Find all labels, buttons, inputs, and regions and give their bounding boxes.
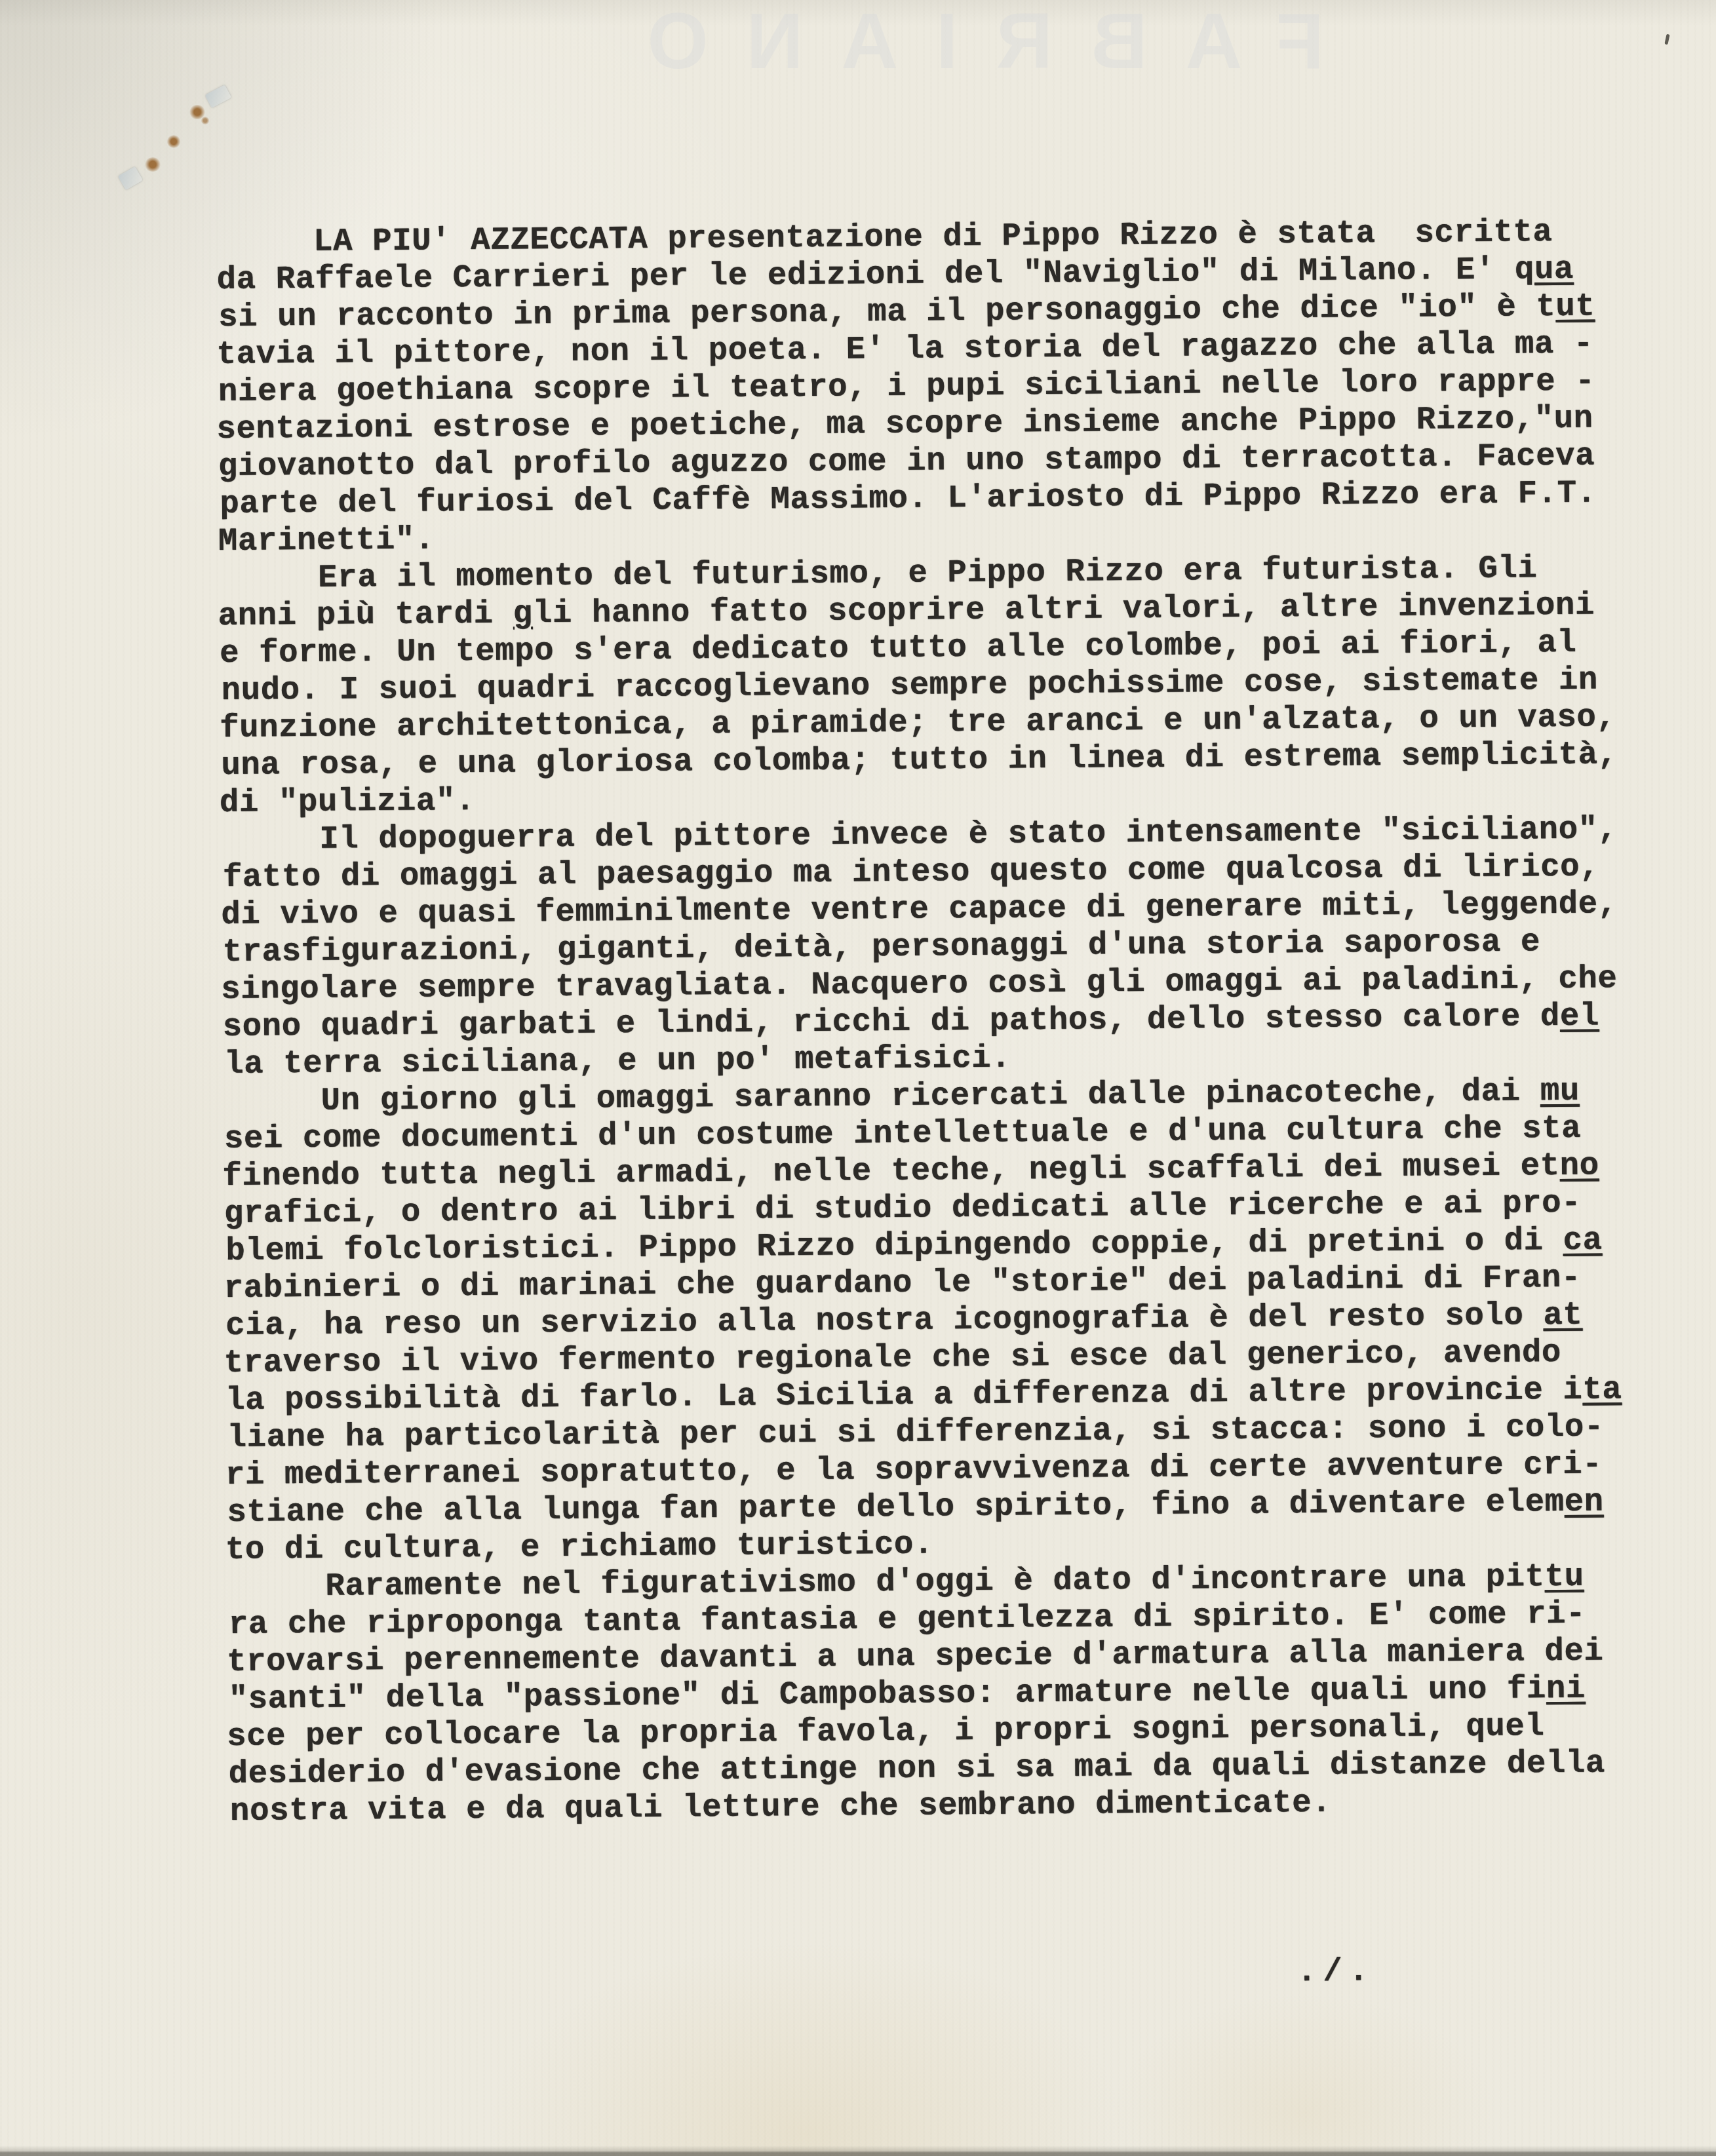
rust-dot xyxy=(201,117,210,125)
text-segment: to di cultura, e richiamo turistico. xyxy=(225,1526,934,1568)
underlined-text-segment: g xyxy=(513,595,533,632)
paper-watermark: FABRIANO xyxy=(406,0,1324,87)
underlined-text-segment: ta xyxy=(1582,1371,1622,1408)
underlined-text-segment: ua xyxy=(1534,251,1574,288)
text-segment: la terra siciliana, e un po' metafisici. xyxy=(224,1040,1011,1083)
underlined-text-segment: mu xyxy=(1540,1073,1580,1109)
underlined-text-segment: en xyxy=(1564,1483,1603,1520)
underlined-text-segment: tu xyxy=(1544,1558,1584,1595)
scan-bottom-edge xyxy=(0,2146,1716,2156)
underlined-text-segment: ca xyxy=(1563,1222,1602,1258)
underlined-text-segment: ni xyxy=(1546,1670,1586,1707)
rust-dot xyxy=(144,157,161,172)
rust-dot xyxy=(166,135,181,148)
scanned-document-page: FABRIANO ./. LA PIU' AZZECCATA presentaz… xyxy=(0,0,1716,2156)
underlined-text-segment: el xyxy=(1560,997,1599,1034)
text-segment: di "pulizia". xyxy=(220,782,475,821)
text-segment: nostra vita e da quali letture che sembr… xyxy=(230,1784,1332,1830)
underlined-text-segment: no xyxy=(1559,1147,1599,1184)
page-continuation-mark: ./. xyxy=(1297,1953,1375,1991)
text-segment: Marinetti". xyxy=(218,521,435,560)
ink-speck xyxy=(1664,34,1669,45)
paper-scuff xyxy=(205,85,231,107)
paper-scuff xyxy=(118,166,143,190)
typewritten-text-block: ./. LA PIU' AZZECCATA presentazione di P… xyxy=(216,213,1671,1830)
text-segment: anni più tardi xyxy=(218,595,513,634)
rust-paperclip-stain xyxy=(104,77,261,221)
underlined-text-segment: ut xyxy=(1555,288,1595,324)
underlined-text-segment: at xyxy=(1543,1297,1582,1334)
